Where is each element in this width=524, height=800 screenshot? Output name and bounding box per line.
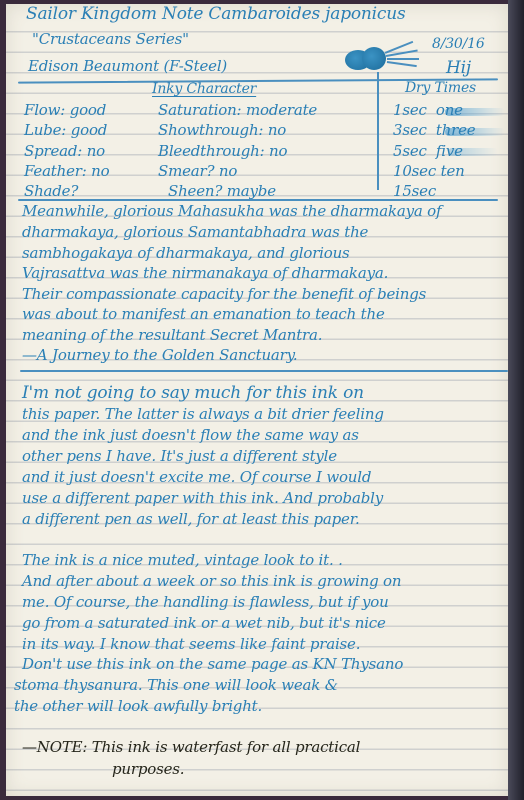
review-line: stoma thysanura. This one will look weak… bbox=[14, 676, 338, 694]
property-feather: Feather: no bbox=[24, 162, 109, 180]
dry-time-row: 10sec ten bbox=[393, 162, 465, 180]
property-flow: Flow: good bbox=[24, 101, 106, 119]
review-line: a different pen as well, for at least th… bbox=[22, 510, 360, 528]
quote-line: dharmakaya, glorious Samantabhadra was t… bbox=[22, 223, 368, 241]
property-shade: Shade? bbox=[24, 182, 78, 200]
quote-line: meaning of the resultant Secret Mantra. bbox=[22, 326, 322, 344]
review-line: and the ink just doesn't flow the same w… bbox=[22, 426, 359, 444]
quote-line: Vajrasattva was the nirmanakaya of dharm… bbox=[22, 264, 388, 282]
property-smear: Smear? no bbox=[158, 162, 237, 180]
review-line: the other will look awfully bright. bbox=[14, 697, 262, 715]
ink-name-title: Sailor Kingdom Note Cambaroides japonicu… bbox=[26, 4, 406, 24]
dry-times-heading: Dry Times bbox=[405, 80, 476, 96]
review-line: me. Of course, the handling is flawless,… bbox=[22, 593, 389, 611]
review-line: and it just doesn't excite me. Of course… bbox=[22, 468, 371, 486]
property-spread: Spread: no bbox=[24, 142, 105, 160]
quote-line: Meanwhile, glorious Mahasukha was the dh… bbox=[22, 202, 441, 220]
date-label: 8/30/16 bbox=[432, 36, 485, 52]
dry-time-row: 15sec bbox=[393, 182, 436, 200]
dry-time-row: 3sec three bbox=[393, 121, 476, 139]
review-line: go from a saturated ink or a wet nib, bu… bbox=[22, 614, 386, 632]
pen-label: Edison Beaumont (F-Steel) bbox=[28, 57, 227, 75]
review-line: use a different paper with this ink. And… bbox=[22, 489, 383, 507]
quote-line: was about to manifest an emanation to te… bbox=[22, 305, 385, 323]
dry-times-column-divider bbox=[377, 72, 379, 190]
series-label: "Crustaceans Series" bbox=[32, 30, 189, 48]
property-lube: Lube: good bbox=[24, 121, 107, 139]
review-line: I'm not going to say much for this ink o… bbox=[22, 383, 364, 403]
quote-line: sambhogakaya of dharmakaya, and glorious bbox=[22, 244, 350, 262]
waterfast-note-continued: purposes. bbox=[112, 760, 184, 778]
dry-time-row: 5sec five bbox=[393, 142, 463, 160]
review-line: Don't use this ink on the same page as K… bbox=[22, 655, 403, 673]
property-showthrough: Showthrough: no bbox=[158, 121, 286, 139]
review-line: The ink is a nice muted, vintage look to… bbox=[22, 551, 343, 569]
property-sheen: Sheen? maybe bbox=[168, 182, 276, 200]
review-line: other pens I have. It's just a different… bbox=[22, 447, 337, 465]
paper-label: Hij bbox=[446, 58, 471, 78]
dry-time-row: 1sec one bbox=[393, 101, 463, 119]
table-bottom-divider bbox=[18, 199, 498, 201]
review-line: this paper. The latter is always a bit d… bbox=[22, 405, 384, 423]
property-bleedthrough: Bleedthrough: no bbox=[158, 142, 287, 160]
review-line: in its way. I know that seems like faint… bbox=[22, 635, 360, 653]
property-saturation: Saturation: moderate bbox=[158, 101, 317, 119]
page-edge-shadow bbox=[508, 0, 524, 800]
waterfast-note: —NOTE: This ink is waterfast for all pra… bbox=[22, 738, 360, 756]
quote-line: Their compassionate capacity for the ben… bbox=[22, 285, 426, 303]
quote-divider bbox=[20, 370, 508, 372]
review-line: And after about a week or so this ink is… bbox=[22, 572, 401, 590]
inky-character-heading: Inky Character bbox=[152, 81, 256, 97]
quote-attribution: —A Journey to the Golden Sanctuary. bbox=[22, 346, 297, 364]
